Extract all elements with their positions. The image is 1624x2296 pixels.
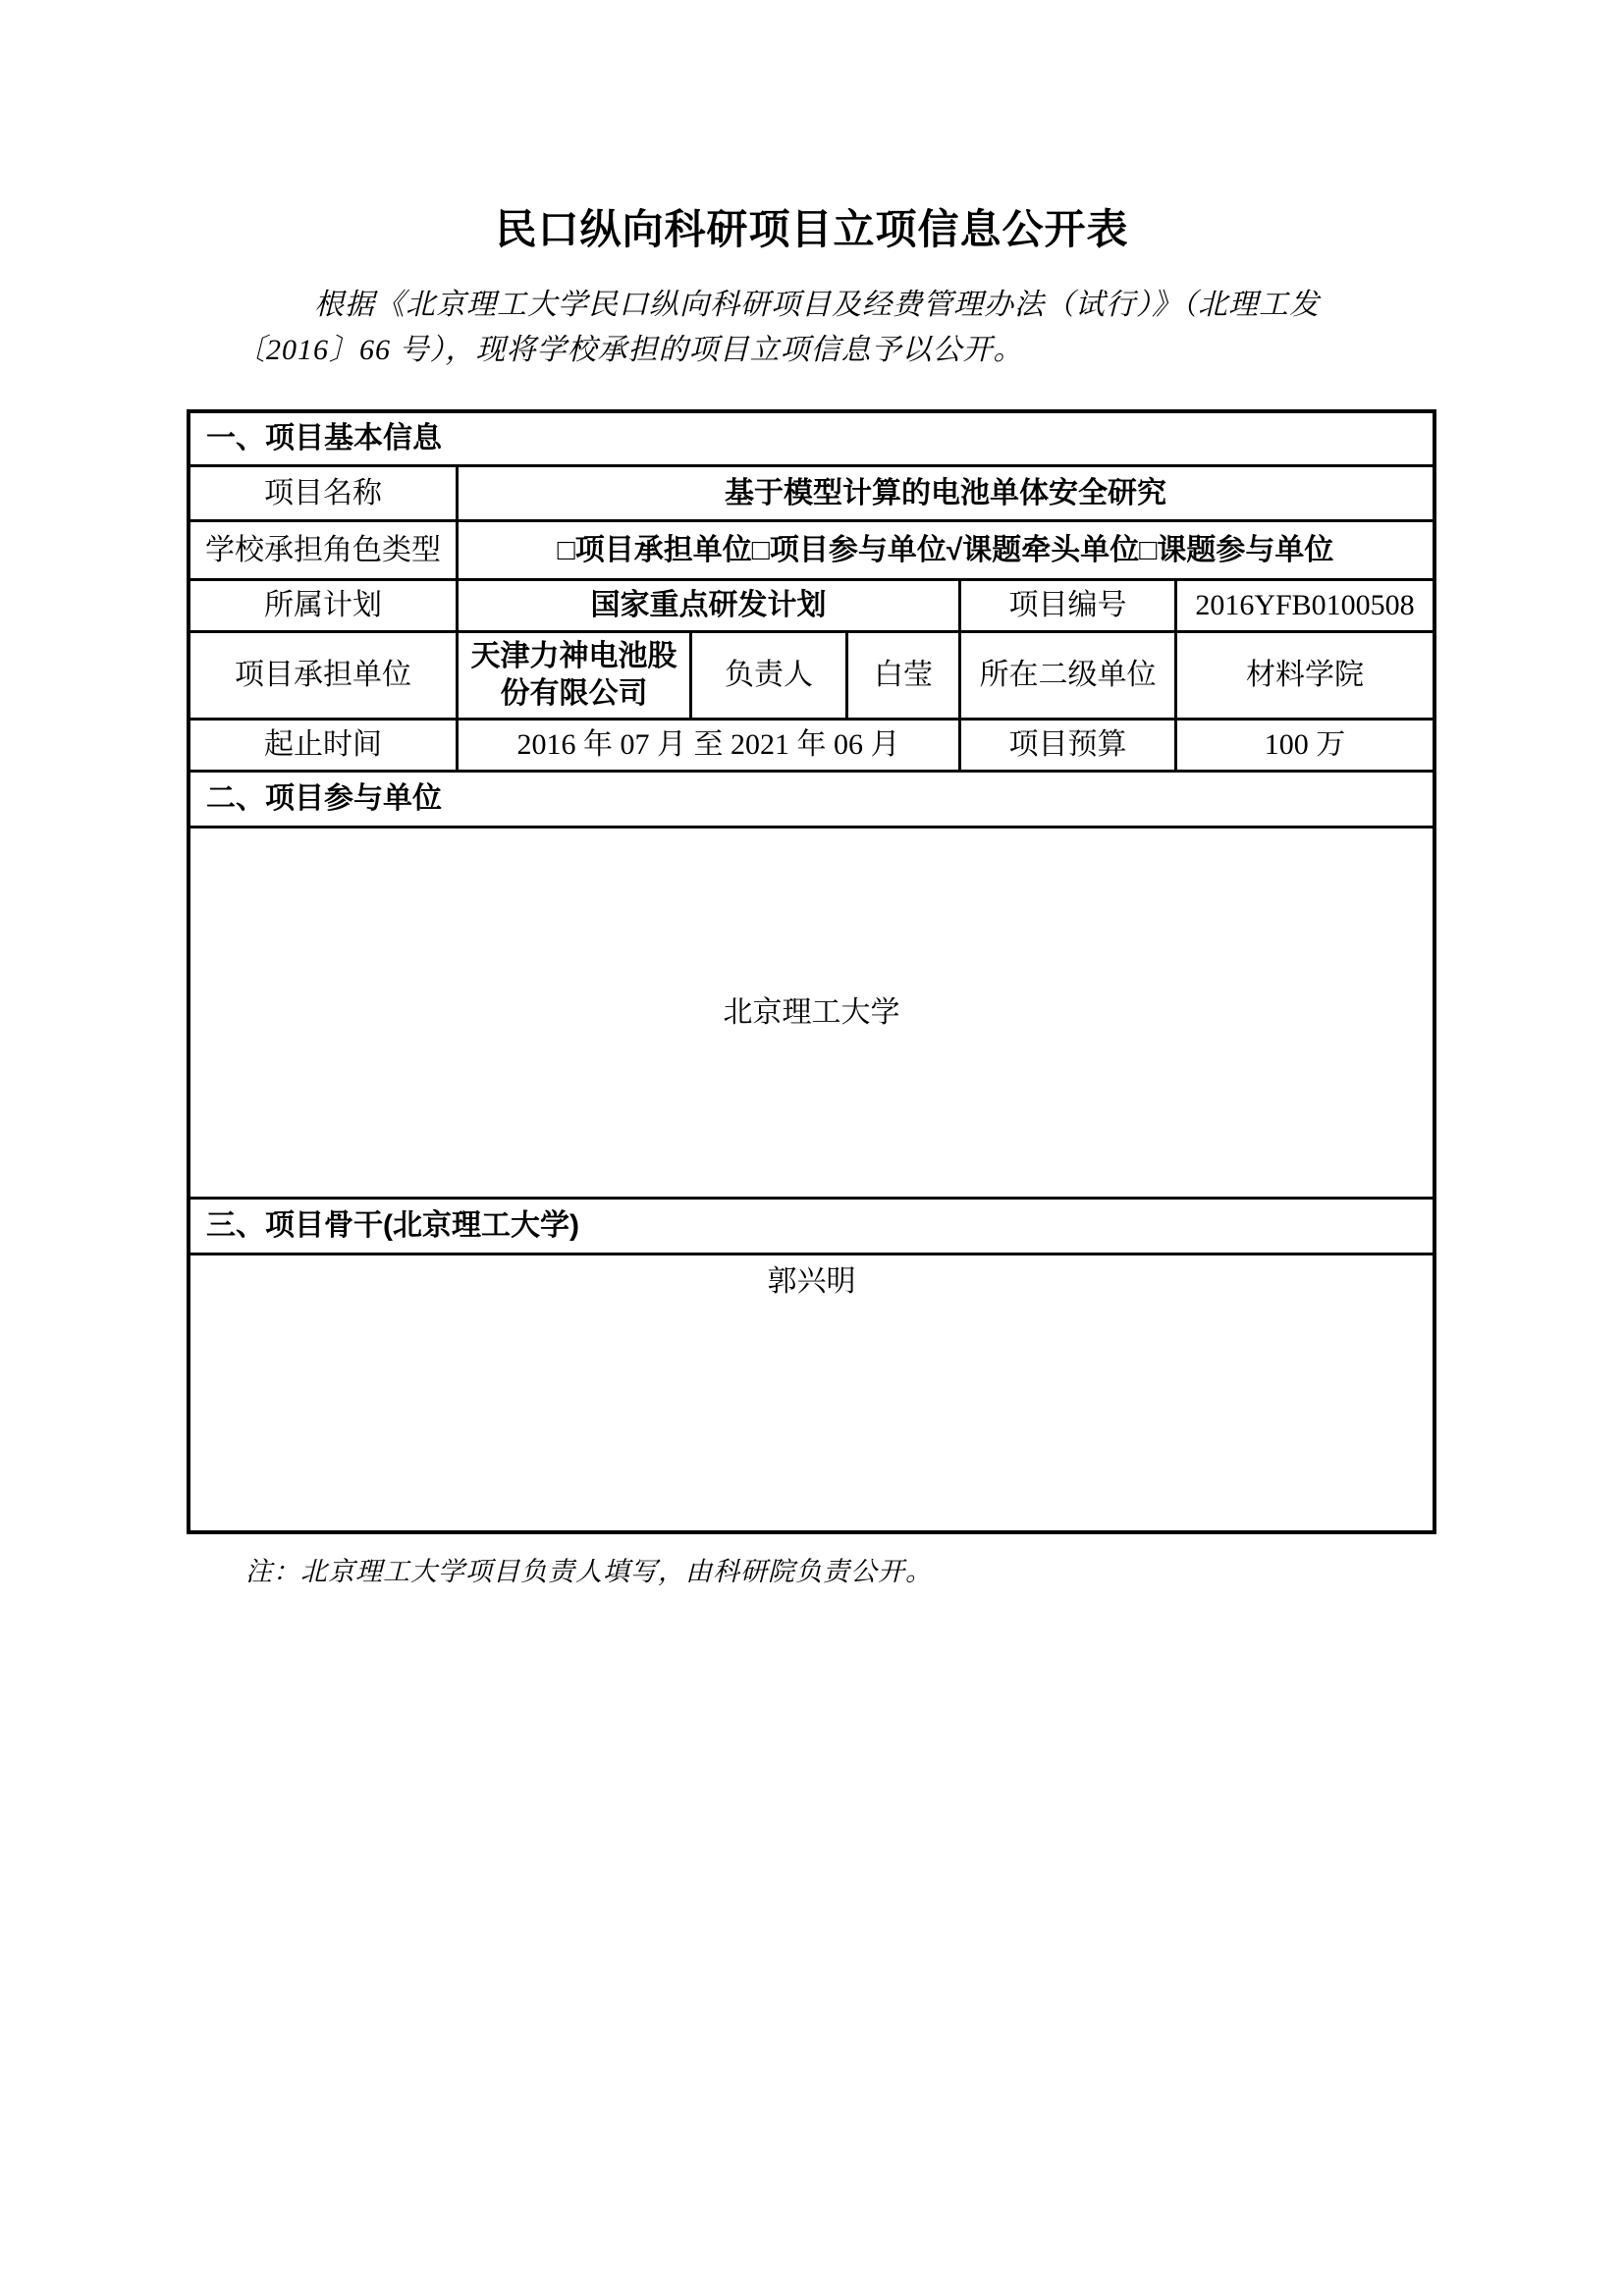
secondary-unit-value: 材料学院 bbox=[1177, 633, 1433, 721]
role-type-checkbox-row: □项目承担单位□项目参与单位√课题牵头单位□课题参与单位 bbox=[459, 522, 1433, 581]
secondary-unit-label: 所在二级单位 bbox=[961, 633, 1177, 721]
project-info-table: 一、项目基本信息 项目名称 基于模型计算的电池单体安全研究 学校承担角色类型 □… bbox=[187, 409, 1436, 1534]
intro-line-2: 〔2016〕66 号），现将学校承担的项目立项信息予以公开。 bbox=[236, 328, 1404, 373]
project-name-value: 基于模型计算的电池单体安全研究 bbox=[459, 467, 1433, 522]
project-name-label: 项目名称 bbox=[190, 467, 459, 522]
project-number-label: 项目编号 bbox=[961, 581, 1177, 633]
intro-paragraph: 根据《北京理工大学民口纵向科研项目及经费管理办法（试行）》（北理工发 〔2016… bbox=[236, 283, 1404, 373]
duration-value: 2016 年 07 月 至 2021 年 06 月 bbox=[459, 721, 961, 773]
budget-value: 100 万 bbox=[1177, 721, 1433, 773]
section1-header: 一、项目基本信息 bbox=[190, 413, 1433, 467]
footnote: 注：北京理工大学项目负责人填写，由科研院负责公开。 bbox=[245, 1550, 1624, 1588]
page-title: 民口纵向科研项目立项信息公开表 bbox=[0, 0, 1624, 255]
section3-header: 三、项目骨干(北京理工大学) bbox=[190, 1200, 1433, 1255]
duration-label: 起止时间 bbox=[190, 721, 459, 773]
undertaker-value: 天津力神电池股份有限公司 bbox=[459, 633, 692, 721]
role-type-label: 学校承担角色类型 bbox=[190, 522, 459, 581]
budget-label: 项目预算 bbox=[961, 721, 1177, 773]
plan-value: 国家重点研发计划 bbox=[459, 581, 961, 633]
section2-participant-value: 北京理工大学 bbox=[190, 828, 1433, 1200]
document-page: 民口纵向科研项目立项信息公开表 根据《北京理工大学民口纵向科研项目及经费管理办法… bbox=[0, 0, 1624, 2296]
leader-label: 负责人 bbox=[692, 633, 848, 721]
plan-label: 所属计划 bbox=[190, 581, 459, 633]
section3-backbone-value: 郭兴明 bbox=[190, 1255, 1433, 1530]
intro-line-1: 根据《北京理工大学民口纵向科研项目及经费管理办法（试行）》（北理工发 bbox=[236, 283, 1404, 328]
leader-value: 白莹 bbox=[848, 633, 961, 721]
section2-header: 二、项目参与单位 bbox=[190, 773, 1433, 828]
project-number-value: 2016YFB0100508 bbox=[1177, 581, 1433, 633]
undertaker-label: 项目承担单位 bbox=[190, 633, 459, 721]
